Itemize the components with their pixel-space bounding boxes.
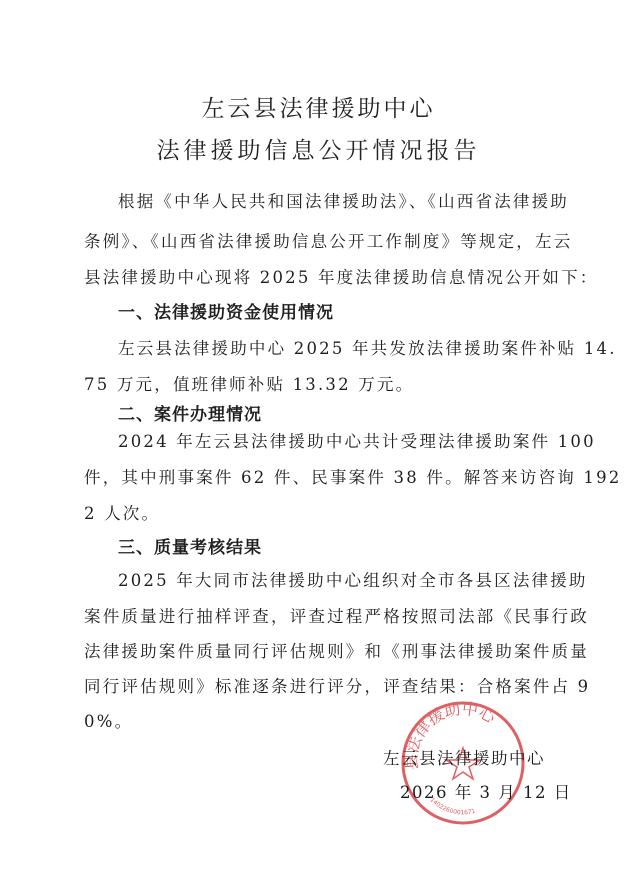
section-2-heading: 二、案件办理情况 [118, 400, 588, 425]
section-3-line-2: 案件质量进行抽样评查，评查过程严格按照司法部《民事行政 [84, 603, 554, 627]
section-3-line-1: 2025 年大同市法律援助中心组织对全市各县区法律援助 [118, 567, 588, 591]
section-1-heading: 一、法律援助资金使用情况 [118, 298, 588, 323]
section-3-heading: 三、质量考核结果 [118, 533, 588, 558]
section-2-line-2: 件，其中刑事案件 62 件、民事案件 38 件。解答来访咨询 192 [84, 464, 554, 488]
intro-line-3: 县法律援助中心现将 2025 年度法律援助信息情况公开如下： [84, 264, 554, 288]
section-1-line-2: 75 万元，值班律师补贴 13.32 万元。 [84, 371, 554, 395]
document-page: 左云县法律援助中心 法律援助信息公开情况报告 根据《中华人民共和国法律援助法》、… [0, 0, 637, 889]
section-2-line-1: 2024 年左云县法律援助中心共计受理法律援助案件 100 [118, 428, 588, 452]
document-title-org: 左云县法律援助中心 [0, 90, 637, 123]
section-2-line-3: 2 人次。 [84, 500, 554, 524]
section-3-line-3: 法律援助案件质量同行评估规则》和《刑事法律援助案件质量 [84, 638, 554, 662]
section-1-line-1: 左云县法律援助中心 2025 年共发放法律援助案件补贴 14. [118, 335, 588, 359]
section-3-line-4: 同行评估规则》标准逐条进行评分，评查结果：合格案件占 9 [84, 673, 554, 697]
signature-org: 左云县法律援助中心 [383, 745, 545, 769]
intro-line-1: 根据《中华人民共和国法律援助法》、《山西省法律援助 [118, 188, 588, 212]
document-title-report: 法律援助信息公开情况报告 [0, 132, 637, 165]
signature-date: 2026 年 3 月 12 日 [400, 779, 572, 803]
intro-line-2: 条例》、《山西省法律援助信息公开工作制度》等规定，左云 [84, 228, 554, 252]
